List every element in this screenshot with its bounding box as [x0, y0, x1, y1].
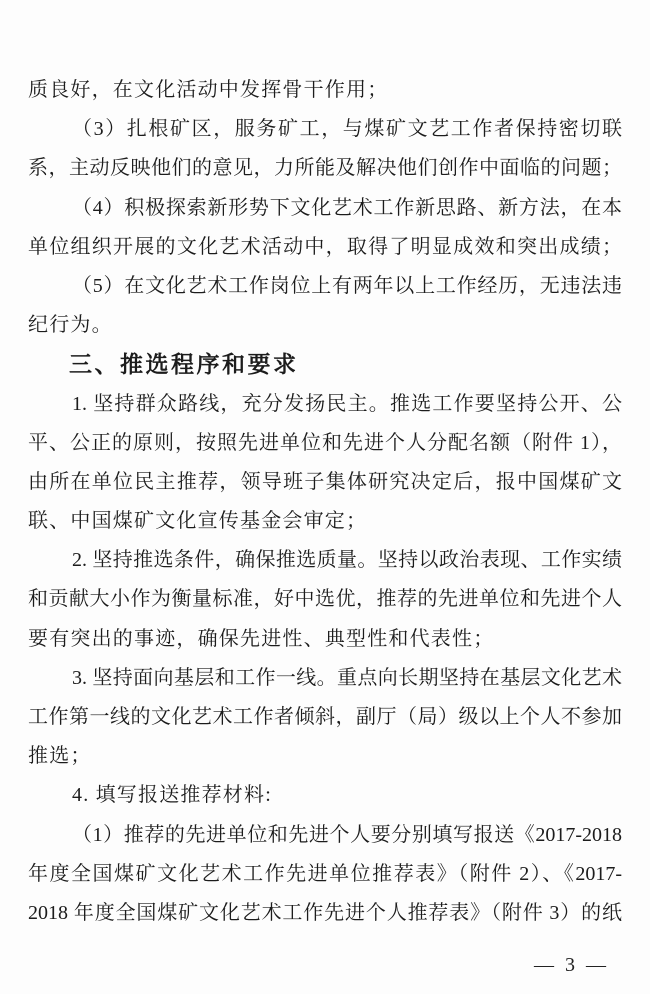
text-line: 由所在单位民主推荐，领导班子集体研究决定后，报中国煤矿文	[28, 463, 622, 502]
text-line: 年度全国煤矿文化艺术工作先进单位推荐表》（附件 2）、《2017-	[28, 855, 622, 894]
text-line: 平、公正的原则，按照先进单位和先进个人分配名额（附件 1），	[28, 424, 622, 463]
text-line: 4. 填写报送推荐材料:	[28, 776, 622, 815]
text-line: 质良好，在文化活动中发挥骨干作用；	[28, 71, 622, 110]
text-line: 联、中国煤矿文化宣传基金会审定；	[28, 502, 622, 541]
text-line: （5）在文化艺术工作岗位上有两年以上工作经历，无违法违	[28, 267, 622, 306]
text-line: 要有突出的事迹，确保先进性、典型性和代表性；	[28, 620, 622, 659]
text-line: 推选；	[28, 737, 622, 776]
text-line: （4）积极探索新形势下文化艺术工作新思路、新方法，在本	[28, 189, 622, 228]
text-line: （1）推荐的先进单位和先进个人要分别填写报送《2017-2018	[28, 816, 622, 855]
text-line: 三、推选程序和要求	[28, 345, 622, 384]
text-line: 2018 年度全国煤矿文化艺术工作先进个人推荐表》（附件 3）的纸	[28, 894, 622, 933]
page-number: — 3 —	[534, 951, 609, 979]
text-line: 纪行为。	[28, 306, 622, 345]
document-body: 质良好，在文化活动中发挥骨干作用；（3）扎根矿区，服务矿工，与煤矿文艺工作者保持…	[28, 71, 622, 933]
text-line: 3. 坚持面向基层和工作一线。重点向长期坚持在基层文化艺术	[28, 659, 622, 698]
text-line: （3）扎根矿区，服务矿工，与煤矿文艺工作者保持密切联	[28, 110, 622, 149]
text-line: 2. 坚持推选条件，确保推选质量。坚持以政治表现、工作实绩	[28, 541, 622, 580]
text-line: 工作第一线的文化艺术工作者倾斜，副厅（局）级以上个人不参加	[28, 698, 622, 737]
text-line: 1. 坚持群众路线，充分发扬民主。推选工作要坚持公开、公	[28, 385, 622, 424]
document-page: 质良好，在文化活动中发挥骨干作用；（3）扎根矿区，服务矿工，与煤矿文艺工作者保持…	[0, 0, 650, 994]
text-line: 和贡献大小作为衡量标准，好中选优，推荐的先进单位和先进个人	[28, 580, 622, 619]
text-line: 单位组织开展的文化艺术活动中，取得了明显成效和突出成绩；	[28, 228, 622, 267]
text-line: 系，主动反映他们的意见，力所能及解决他们创作中面临的问题；	[28, 149, 622, 188]
